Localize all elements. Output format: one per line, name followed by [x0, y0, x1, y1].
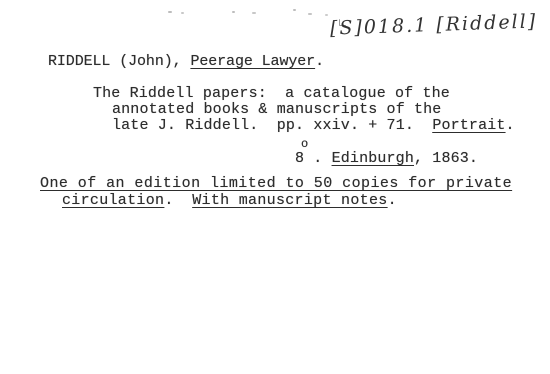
limitation-note-underlined: One of an edition limited to 50 copies f…	[40, 175, 512, 192]
portrait-period: .	[506, 117, 515, 134]
circulation-word-underlined: circulation	[62, 192, 164, 209]
note-separator: .	[164, 192, 192, 209]
author-heading: RIDDELL (John), Peerage Lawyer.	[48, 53, 324, 70]
scan-speck	[232, 11, 235, 13]
title-line-1: The Riddell papers: a catalogue of the	[93, 85, 450, 102]
catalogue-card: [S]018.1 [Riddell] RIDDELL (John), Peera…	[0, 0, 550, 374]
limitation-note-line-1: One of an edition limited to 50 copies f…	[40, 175, 512, 192]
heading-period: .	[315, 53, 324, 70]
title-line-2: annotated books & manuscripts of the	[112, 101, 441, 118]
scan-speck	[325, 14, 328, 16]
scan-speck	[293, 9, 296, 11]
scan-speck	[252, 12, 256, 14]
note-final-period: .	[388, 192, 397, 209]
imprint-place-underlined: Edinburgh	[332, 150, 414, 167]
portrait-note-underlined: Portrait	[432, 117, 505, 134]
scan-speck	[308, 13, 312, 15]
limitation-note-line-2: circulation. With manuscript notes.	[62, 192, 397, 209]
imprint-line: 8 . Edinburgh, 1863.	[295, 150, 478, 167]
handwritten-classmark: [S]018.1 [Riddell]	[330, 10, 538, 39]
author-descriptor-underlined: Peerage Lawyer	[190, 53, 315, 70]
scan-speck	[181, 12, 184, 14]
title-line-3: late J. Riddell. pp. xxiv. + 71. Portrai…	[112, 117, 515, 134]
scan-speck	[168, 11, 172, 13]
format-size: 8 .	[295, 150, 332, 167]
collation-text: late J. Riddell. pp. xxiv. + 71.	[112, 117, 432, 134]
author-name: RIDDELL (John),	[48, 53, 190, 70]
imprint-year: , 1863.	[414, 150, 478, 167]
manuscript-notes-underlined: With manuscript notes	[192, 192, 387, 209]
